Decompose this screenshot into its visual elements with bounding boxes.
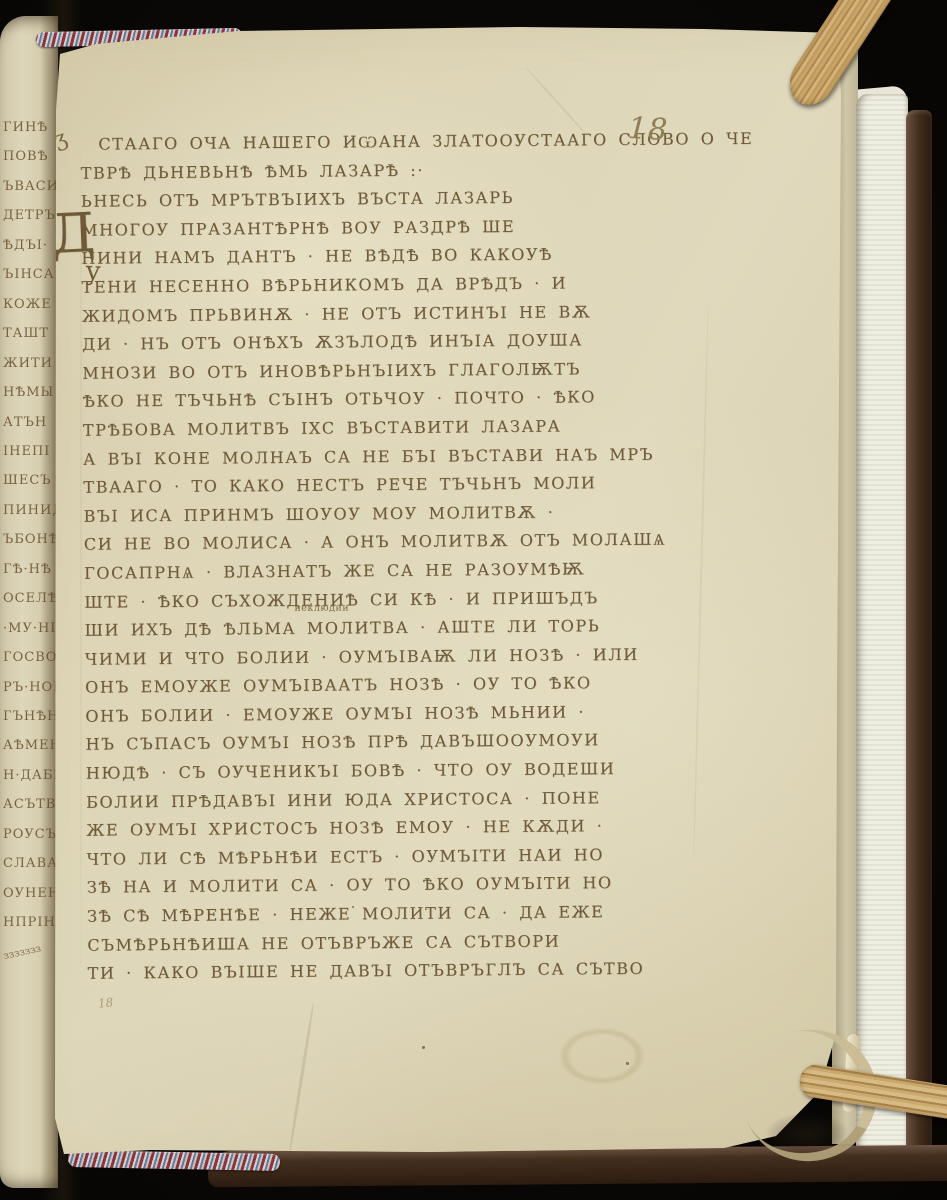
text-line: ЧИМИ И ЧТО БОЛИИ · ОУМЪІВАѬ ЛИ НОЗѢ · ИЛ… (85, 640, 705, 674)
text-line: НЮДѢ · СЪ ОУЧЕНИКЪІ БОВѢ · ЧТО ОУ ВОДЕШИ (86, 754, 706, 788)
endband-bottom (68, 1150, 280, 1171)
parchment-page: ʒ Д у неклюдии СТААГО ОЧА НАШЕГО ИѠАНА З… (0, 0, 947, 1200)
book-cover-right-edge (906, 110, 932, 1164)
text-line: ТИ · КАКО ВЪІШЕ НЕ ДАВЪІ ОТЪВРЪГЛЪ СА СЪ… (88, 954, 708, 988)
marginal-letter: у (85, 256, 102, 287)
ink-speck (626, 1062, 629, 1065)
page-crease (288, 1003, 315, 1154)
text-line: А ВЪІ КОНЕ МОЛНАЪ СА НЕ БЪІ ВЪСТАВИ НАЪ … (83, 440, 703, 474)
text-line: СИ НЕ ВО МОЛИСА · А ОНЪ МОЛИТВѪ ОТЪ МОЛА… (84, 526, 704, 560)
folio-number: 18 (627, 111, 669, 148)
pencil-folio-number: 18 (97, 995, 114, 1011)
flyleaf-paper-block (856, 94, 908, 1156)
large-initial-letter: Д (50, 206, 96, 262)
manuscript-text-block: ʒ Д у неклюдии СТААГО ОЧА НАШЕГО ИѠАНА З… (80, 125, 707, 988)
interlinear-gloss: неклюдии (294, 602, 349, 613)
text-line: СТААГО ОЧА НАШЕГО ИѠАНА ЗЛАТООУСТААГО СЛ… (80, 125, 700, 159)
parchment-stain (560, 1028, 644, 1084)
manuscript-photo: ГИНѢПОВѢЪВАСИДЕТРЪѢДЪІ·ЪІНСАКОЖЕТАШТЖИТИ… (0, 0, 947, 1200)
ink-speck (422, 1046, 425, 1049)
